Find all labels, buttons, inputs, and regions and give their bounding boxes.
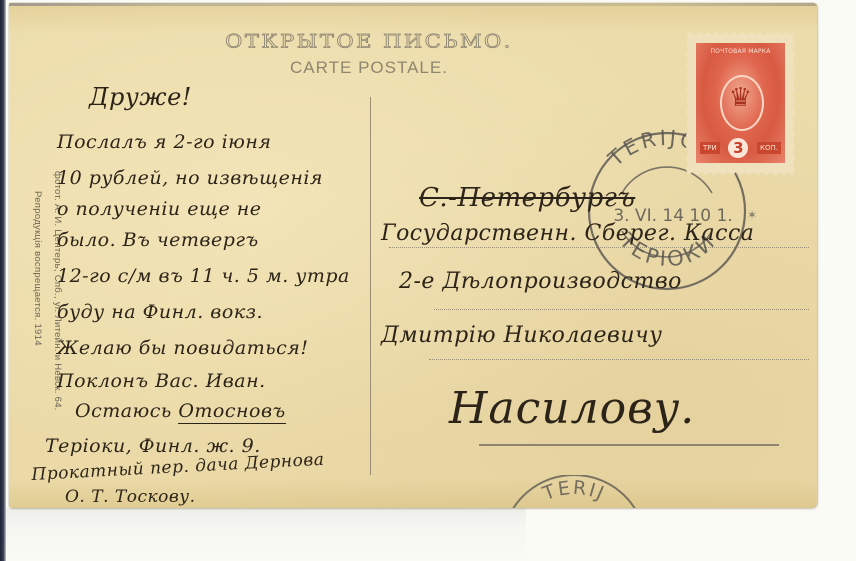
stamp-value: 3	[728, 138, 748, 158]
message-signature: Остаюсь Отосновъ	[75, 400, 286, 422]
message-line: 10 рублей, но извѣщенія	[57, 167, 323, 189]
stamp-right-label: КОП.	[757, 142, 781, 154]
stamp-left-label: ТРИ	[700, 142, 720, 154]
message-line: Послалъ я 2-го іюня	[57, 131, 271, 153]
stamp-face: ПОЧТОВАЯ МАРКА ♛ ТРИ 3 КОП.	[696, 43, 785, 163]
stamp-top-label: ПОЧТОВАЯ МАРКА	[696, 48, 785, 55]
message-line: 12-го с/м въ 11 ч. 5 м. утра	[57, 265, 350, 287]
signature-name: Отосновъ	[178, 400, 285, 424]
address-rule	[434, 309, 809, 310]
stamp-value-row: ТРИ 3 КОП.	[700, 137, 781, 159]
scan-shadow	[6, 508, 526, 561]
message-line: Желаю бы повидаться!	[57, 337, 308, 359]
svg-text:✶: ✶	[747, 208, 757, 222]
postcard-title-french: CARTE POSTALE.	[189, 58, 549, 78]
postage-stamp: ПОЧТОВАЯ МАРКА ♛ ТРИ 3 КОП.	[686, 32, 795, 175]
reproduction-notice: Репродукція воспрещается. 1914	[32, 191, 43, 346]
address-line-3: Дмитрію Николаевичу	[381, 323, 662, 348]
message-line: О. Т. Тоскову.	[65, 487, 196, 507]
double-headed-eagle-icon: ♛	[696, 83, 785, 113]
center-divider	[370, 97, 371, 475]
message-greeting: Друже!	[89, 83, 192, 111]
address-rule	[429, 359, 809, 360]
message-line: было. Въ четвергъ	[57, 229, 259, 251]
address-rule	[479, 444, 779, 446]
message-line: о полученіи еще не	[57, 198, 262, 220]
message-line: Остаюсь Отосновъ	[75, 400, 286, 424]
address-recipient-surname: Насилову.	[449, 383, 695, 434]
address-line-2: 2-е Дѣлопроизводство	[399, 269, 682, 294]
postmark-partial: TERIJ	[499, 475, 649, 508]
address-city: С.-Петербургъ	[419, 183, 635, 213]
message-line: Поклонъ Вас. Иван.	[57, 370, 266, 392]
message-line: буду на Финл. вокз.	[57, 301, 263, 323]
address-line-1: Государственн. Сберег. Касса	[381, 221, 754, 246]
postcard-title-russian: ОТКРЫТОЕ ПИСЬМО.	[109, 30, 629, 52]
scanner-edge	[0, 0, 6, 561]
svg-text:TERIJ: TERIJ	[539, 477, 609, 506]
postcard: ОТКРЫТОЕ ПИСЬМО. CARTE POSTALE. фотот. А…	[9, 3, 817, 508]
